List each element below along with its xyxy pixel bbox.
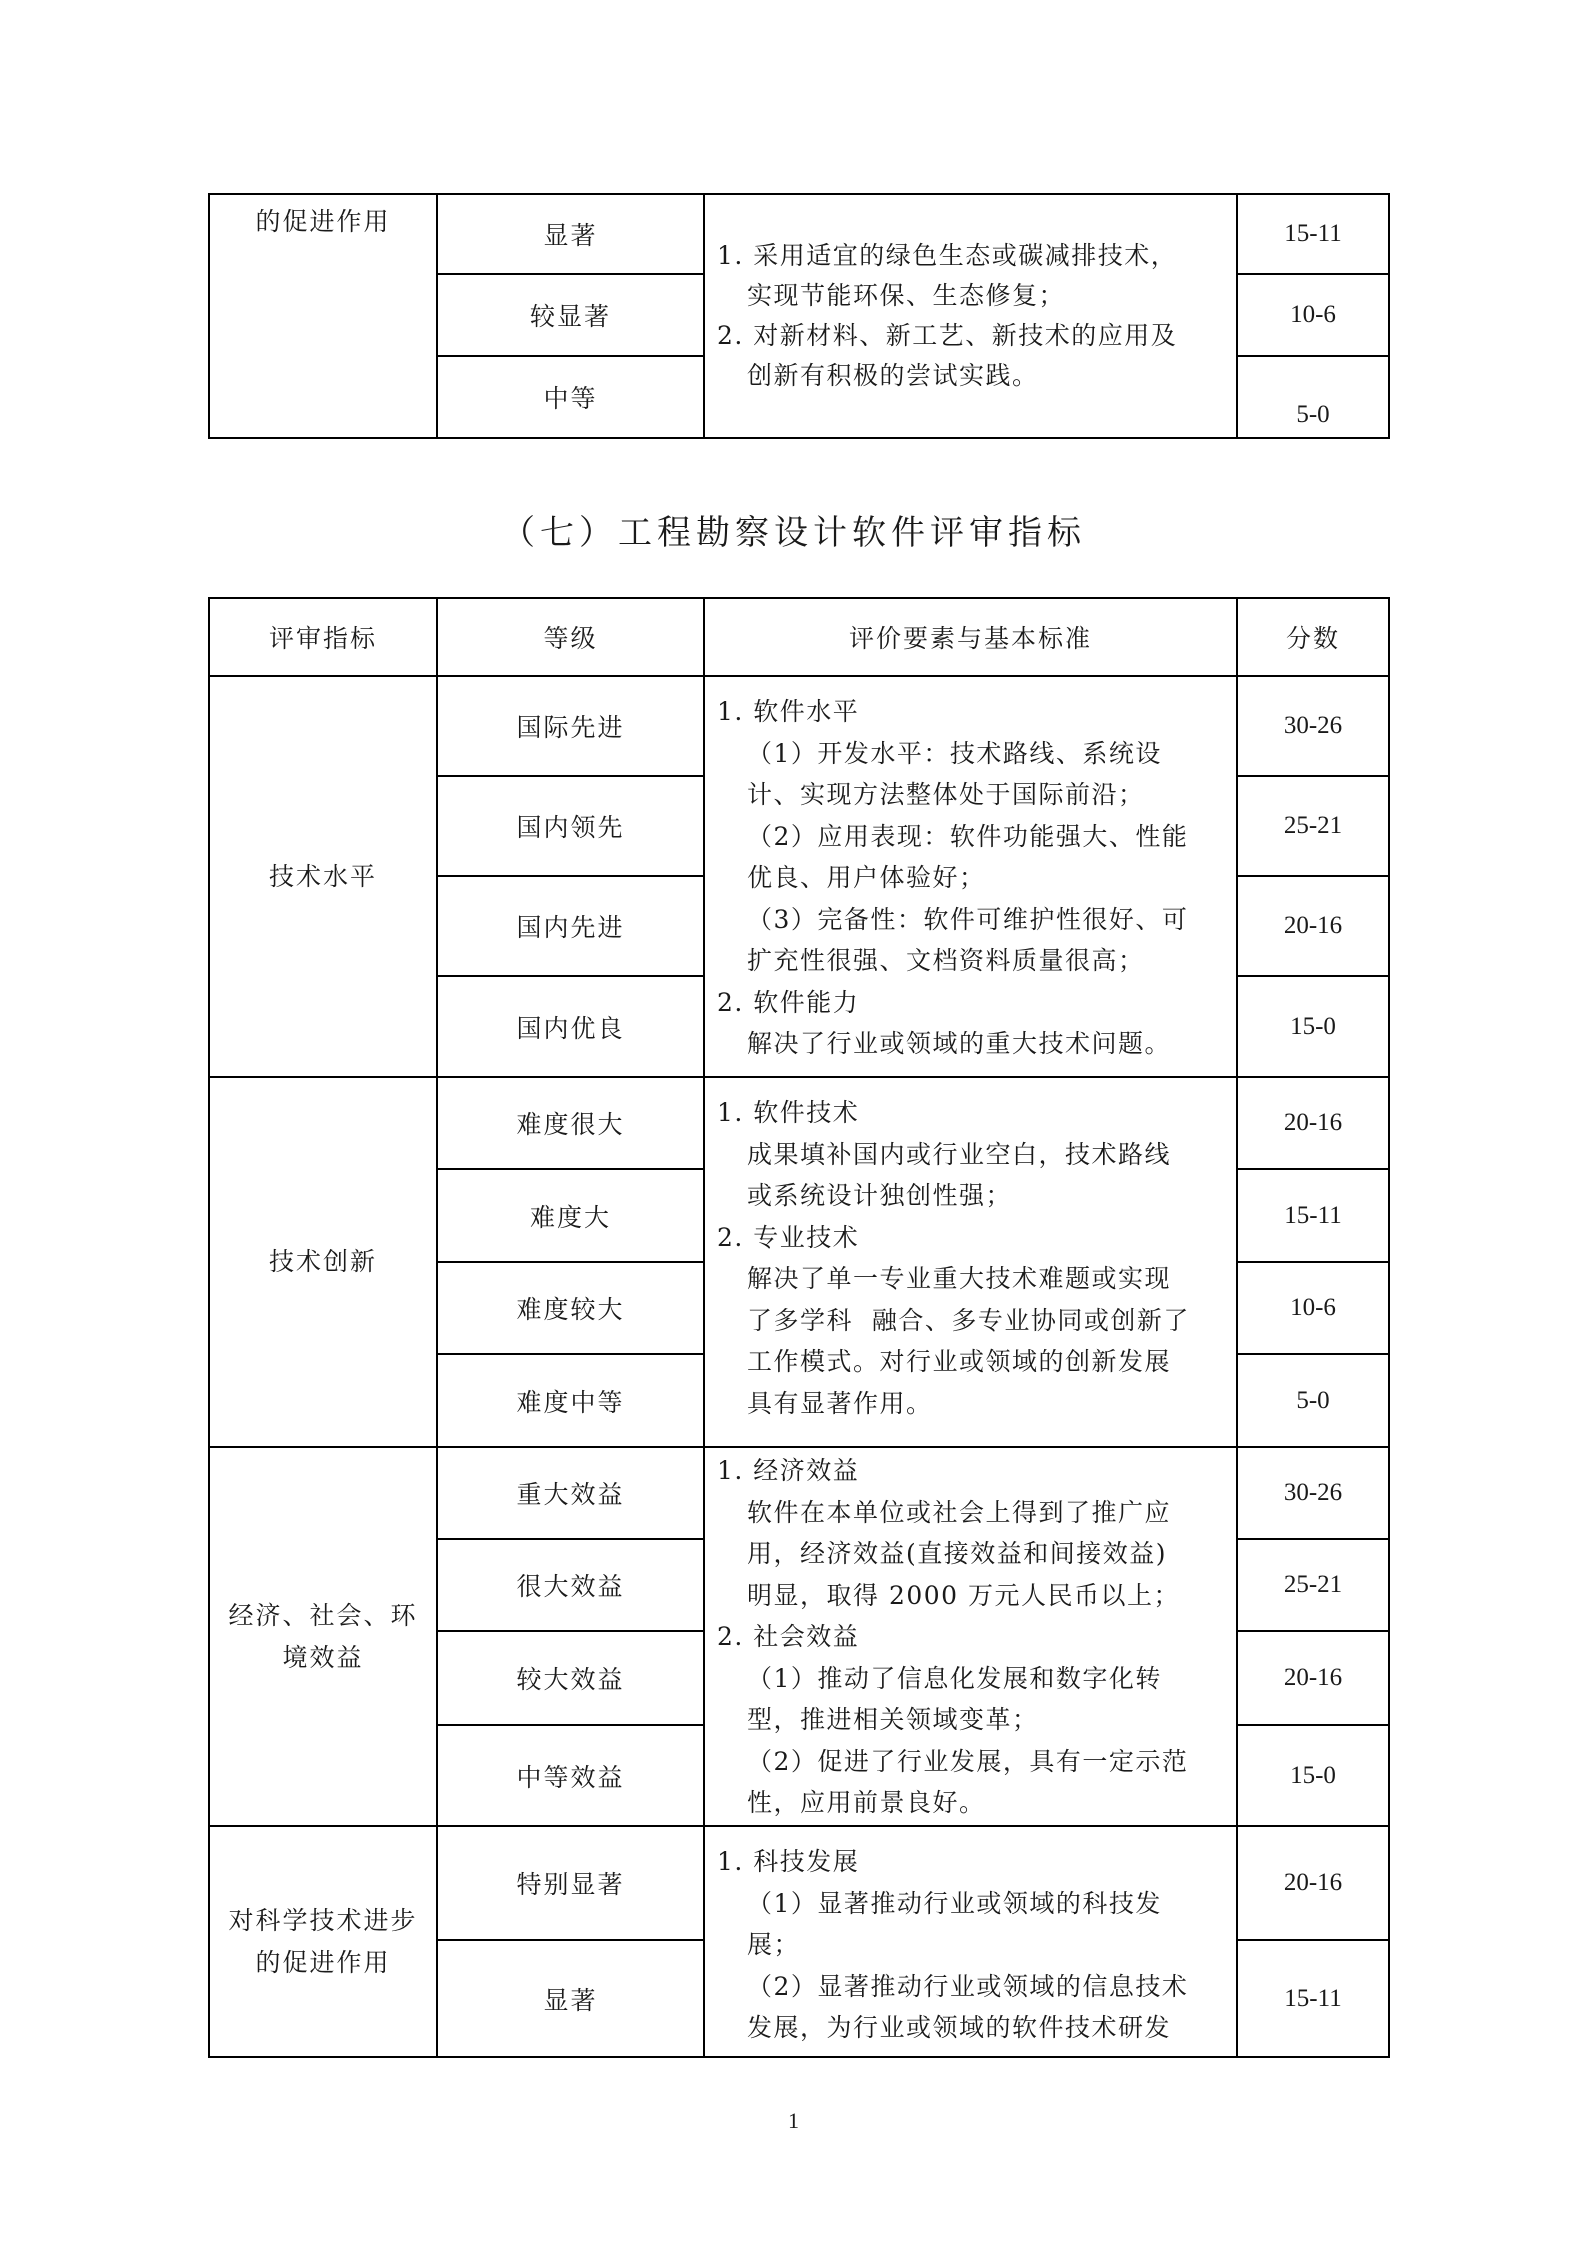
criteria-line: 成果填补国内或行业空白，技术路线 [717, 1134, 1224, 1176]
grade-cell: 特别显著 [437, 1826, 704, 1940]
criteria-line: 型，推进相关领域变革； [717, 1699, 1224, 1741]
table-row: 技术创新 难度很大 1. 软件技术 成果填补国内或行业空白，技术路线 或系统设计… [209, 1077, 1389, 1169]
score-cell: 5-0 [1237, 1354, 1389, 1447]
criteria-line: 实现节能环保、生态修复； [717, 276, 1224, 316]
grade-cell: 显著 [437, 194, 704, 274]
criteria-line: 发展，为行业或领域的软件技术研发 [717, 2007, 1224, 2049]
header-indicator: 评审指标 [209, 598, 437, 676]
grade-cell: 显著 [437, 1940, 704, 2057]
criteria-line: 优良、用户体验好； [717, 857, 1224, 899]
score-cell: 20-16 [1237, 876, 1389, 976]
indicator-cell: 对科学技术进步 的促进作用 [209, 1826, 437, 2057]
criteria-line: 1. 经济效益 [717, 1450, 1224, 1492]
score-cell: 30-26 [1237, 1447, 1389, 1539]
criteria-line: 展； [717, 1924, 1224, 1966]
criteria-line: 2. 社会效益 [717, 1616, 1224, 1658]
criteria-line: （1）开发水平：技术路线、系统设 [717, 733, 1224, 775]
criteria-line: 解决了单一专业重大技术难题或实现 [717, 1258, 1224, 1300]
score-cell: 25-21 [1237, 1539, 1389, 1631]
grade-cell: 国内领先 [437, 776, 704, 876]
grade-cell: 难度大 [437, 1169, 704, 1262]
score-cell: 20-16 [1237, 1826, 1389, 1940]
criteria-line: （1）显著推动行业或领域的科技发 [717, 1883, 1224, 1925]
criteria-line: （2）促进了行业发展，具有一定示范 [717, 1741, 1224, 1783]
grade-cell: 较大效益 [437, 1631, 704, 1725]
continued-criteria-table: 的促进作用 显著 1. 采用适宜的绿色生态或碳减排技术， 实现节能环保、生态修复… [208, 193, 1390, 439]
indicator-cell: 技术水平 [209, 676, 437, 1077]
review-criteria-table: 评审指标 等级 评价要素与基本标准 分数 技术水平 国际先进 1. 软件水平 （… [208, 597, 1390, 2058]
criteria-line: 性，应用前景良好。 [717, 1782, 1224, 1824]
criteria-line: 或系统设计独创性强； [717, 1175, 1224, 1217]
grade-cell: 重大效益 [437, 1447, 704, 1539]
criteria-line: （2）应用表现：软件功能强大、性能 [717, 816, 1224, 858]
criteria-line: 明显，取得 2000 万元人民币以上； [717, 1575, 1224, 1617]
criteria-line: （3）完备性：软件可维护性很好、可 [717, 899, 1224, 941]
score-cell: 15-11 [1237, 1940, 1389, 2057]
criteria-line: 1. 采用适宜的绿色生态或碳减排技术， [717, 236, 1224, 276]
criteria-line: 扩充性很强、文档资料质量很高； [717, 940, 1224, 982]
indicator-cell: 经济、社会、环 境效益 [209, 1447, 437, 1826]
criteria-line: （2）显著推动行业或领域的信息技术 [717, 1966, 1224, 2008]
grade-cell: 较显著 [437, 274, 704, 356]
indicator-cell: 技术创新 [209, 1077, 437, 1447]
criteria-line: 具有显著作用。 [717, 1383, 1224, 1425]
criteria-cell: 1. 经济效益 软件在本单位或社会上得到了推广应 用，经济效益(直接效益和间接效… [704, 1447, 1237, 1826]
score-cell: 15-11 [1237, 1169, 1389, 1262]
header-grade: 等级 [437, 598, 704, 676]
score-cell: 30-26 [1237, 676, 1389, 776]
score-cell: 20-16 [1237, 1631, 1389, 1725]
criteria-line: 工作模式。对行业或领域的创新发展 [717, 1341, 1224, 1383]
score-cell: 10-6 [1237, 1262, 1389, 1354]
indicator-line: 经济、社会、环 [210, 1595, 436, 1637]
score-cell: 25-21 [1237, 776, 1389, 876]
score-cell: 10-6 [1237, 274, 1389, 356]
table-row: 经济、社会、环 境效益 重大效益 1. 经济效益 软件在本单位或社会上得到了推广… [209, 1447, 1389, 1539]
score-cell: 5-0 [1237, 356, 1389, 438]
grade-cell: 中等效益 [437, 1725, 704, 1826]
grade-cell: 难度很大 [437, 1077, 704, 1169]
header-criteria: 评价要素与基本标准 [704, 598, 1237, 676]
criteria-line: 计、实现方法整体处于国际前沿； [717, 774, 1224, 816]
grade-cell: 国内优良 [437, 976, 704, 1077]
indicator-label: 的促进作用 [255, 207, 390, 236]
criteria-line: 1. 软件技术 [717, 1092, 1224, 1134]
criteria-cell: 1. 科技发展 （1）显著推动行业或领域的科技发 展； （2）显著推动行业或领域… [704, 1826, 1237, 2057]
score-cell: 15-0 [1237, 976, 1389, 1077]
section-title: （七）工程勘察设计软件评审指标 [0, 505, 1587, 554]
criteria-line: 用，经济效益(直接效益和间接效益) [717, 1533, 1224, 1575]
table-header-row: 评审指标 等级 评价要素与基本标准 分数 [209, 598, 1389, 676]
table-row: 技术水平 国际先进 1. 软件水平 （1）开发水平：技术路线、系统设 计、实现方… [209, 676, 1389, 776]
criteria-line: 软件在本单位或社会上得到了推广应 [717, 1492, 1224, 1534]
table-row: 对科学技术进步 的促进作用 特别显著 1. 科技发展 （1）显著推动行业或领域的… [209, 1826, 1389, 1940]
criteria-line: 创新有积极的尝试实践。 [717, 356, 1224, 396]
indicator-line: 境效益 [210, 1637, 436, 1679]
criteria-line: 2. 软件能力 [717, 982, 1224, 1024]
criteria-cell: 1. 采用适宜的绿色生态或碳减排技术， 实现节能环保、生态修复； 2. 对新材料… [704, 194, 1237, 438]
grade-cell: 国内先进 [437, 876, 704, 976]
grade-cell: 难度较大 [437, 1262, 704, 1354]
criteria-cell: 1. 软件技术 成果填补国内或行业空白，技术路线 或系统设计独创性强； 2. 专… [704, 1077, 1237, 1447]
grade-cell: 很大效益 [437, 1539, 704, 1631]
score-cell: 20-16 [1237, 1077, 1389, 1169]
page-number: 1 [0, 2108, 1587, 2134]
criteria-line: 解决了行业或领域的重大技术问题。 [717, 1023, 1224, 1065]
grade-cell: 国际先进 [437, 676, 704, 776]
indicator-line: 的促进作用 [210, 1942, 436, 1984]
criteria-line: 2. 专业技术 [717, 1217, 1224, 1259]
score-cell: 15-0 [1237, 1725, 1389, 1826]
criteria-line: 了多学科 融合、多专业协同或创新了 [717, 1300, 1224, 1342]
header-score: 分数 [1237, 598, 1389, 676]
criteria-line: 1. 软件水平 [717, 691, 1224, 733]
criteria-cell: 1. 软件水平 （1）开发水平：技术路线、系统设 计、实现方法整体处于国际前沿；… [704, 676, 1237, 1077]
indicator-cell: 的促进作用 [209, 194, 437, 438]
grade-cell: 难度中等 [437, 1354, 704, 1447]
criteria-line: 2. 对新材料、新工艺、新技术的应用及 [717, 316, 1224, 356]
indicator-line: 对科学技术进步 [210, 1900, 436, 1942]
criteria-line: 1. 科技发展 [717, 1841, 1224, 1883]
criteria-line: （1）推动了信息化发展和数字化转 [717, 1658, 1224, 1700]
grade-cell: 中等 [437, 356, 704, 438]
score-cell: 15-11 [1237, 194, 1389, 274]
